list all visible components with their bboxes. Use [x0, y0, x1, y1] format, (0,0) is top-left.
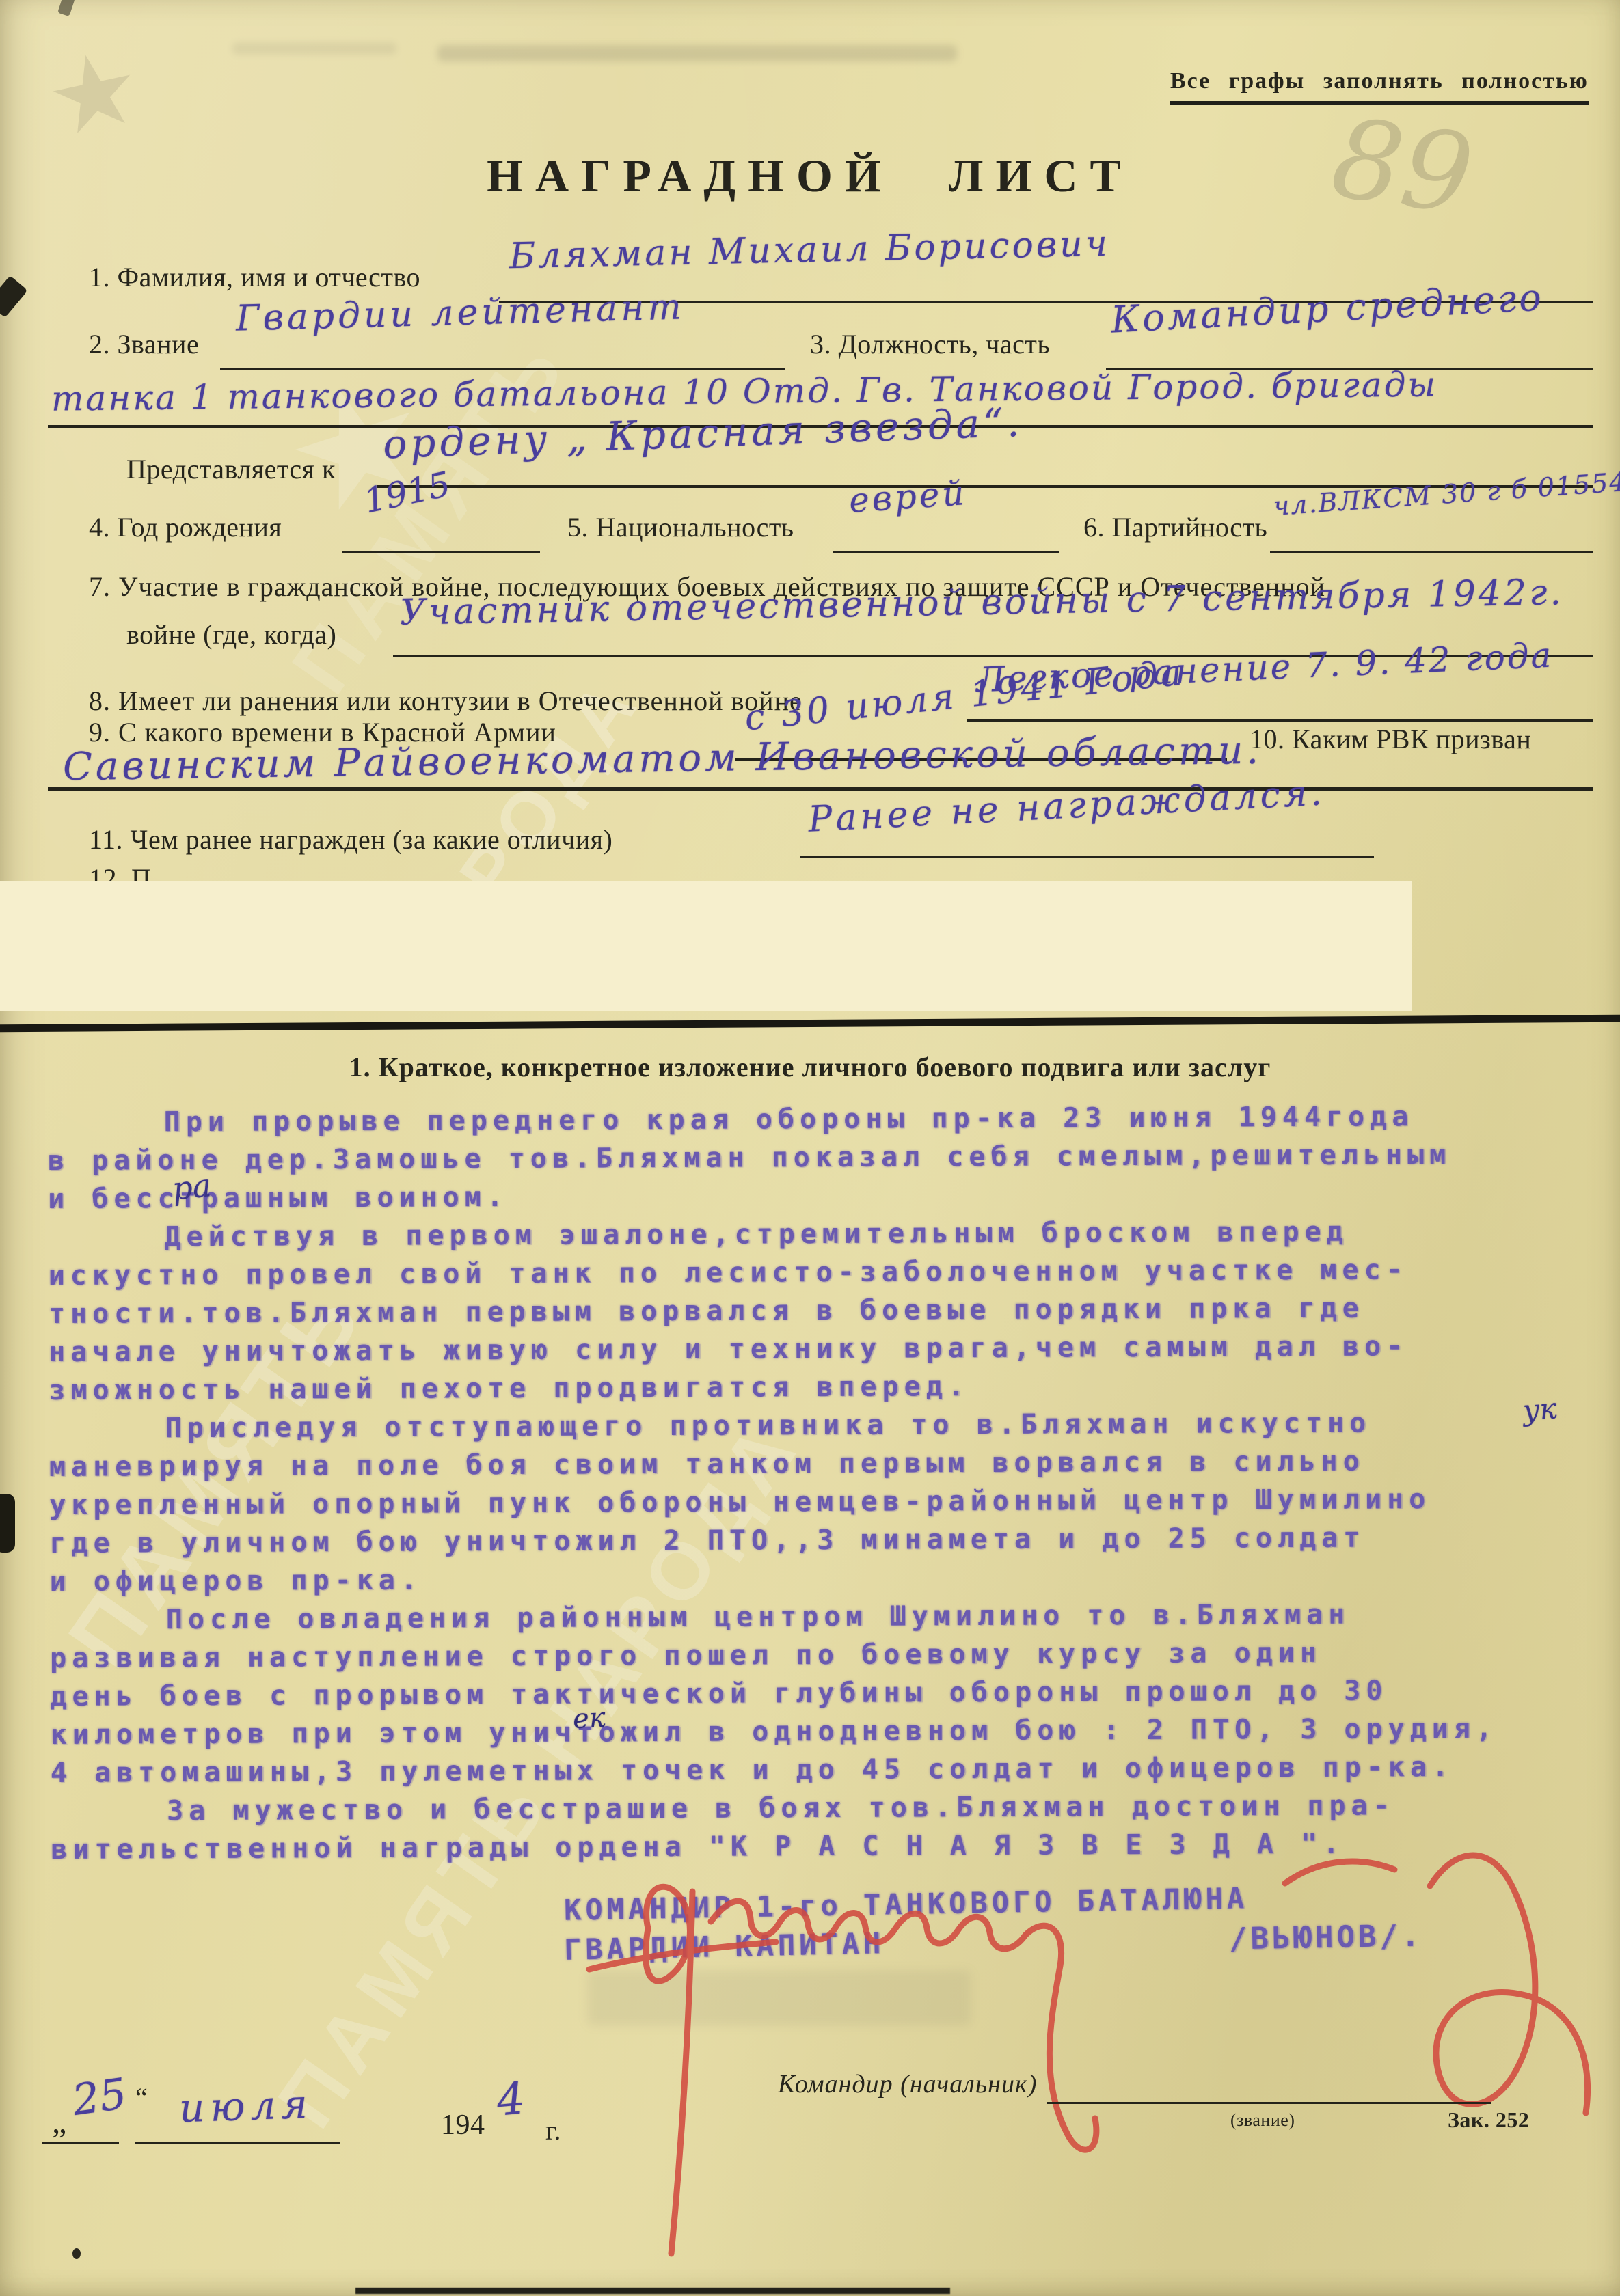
field-8-label: 8. Имеет ли ранения или контузии в Отече…: [89, 685, 802, 717]
feat-line: Приследуя отступающего противника то в.Б…: [49, 1403, 1605, 1448]
footer-signature-line: [1047, 2102, 1491, 2104]
field-2-underline: [220, 368, 785, 370]
field-4-underline: [342, 551, 540, 553]
edge-ink-mark: [0, 275, 28, 318]
redaction-box: [0, 881, 1412, 1011]
feat-line: После овладения районным центром Шумилин…: [50, 1594, 1606, 1639]
feat-line: и офицеров пр-ка.: [49, 1556, 1605, 1601]
hw-correction: ра: [170, 1166, 213, 1207]
present-label: Представляется к: [126, 453, 336, 485]
field-11-underline: [800, 856, 1374, 858]
field-6-value: чл.ВЛКСМ 30 г б 015546: [1272, 465, 1620, 521]
field-6-underline: [1270, 551, 1593, 553]
feat-line: За мужество и бесстрашие в боях тов.Блях…: [51, 1786, 1606, 1831]
page-title: НАГРАДНОЙ ЛИСТ: [0, 149, 1620, 203]
date-underline-1: [42, 2142, 119, 2144]
field-1-label: 1. Фамилия, имя и отчество: [89, 261, 420, 293]
field-12-clipped: 12. П: [89, 862, 704, 881]
feat-header: 1. Краткое, конкретное изложение личного…: [0, 1051, 1620, 1083]
feat-line: день боев с прорывом тактической глубины…: [50, 1671, 1606, 1716]
field-2-value: Гвардии лейтенант: [235, 286, 685, 339]
feat-line: вительственной награды ордена "К Р А С Н…: [51, 1824, 1606, 1869]
feat-line: и бесстрашным воином.: [48, 1173, 1604, 1218]
date-month: июля: [178, 2081, 314, 2132]
feat-line: в районе дер.Замошье тов.Бляхман показал…: [48, 1135, 1604, 1180]
field-10-label: 10. Каким РВК призван: [1250, 723, 1531, 755]
feat-line: начале уничтожать живую силу и технику в…: [49, 1326, 1604, 1371]
hw-correction: ек: [572, 1702, 606, 1735]
feat-line: зможность нашей пехоте продвигатся впере…: [49, 1365, 1604, 1410]
feat-line: укрепленный опорный пунк обороны немцев-…: [49, 1479, 1605, 1525]
field-8-underline: [967, 719, 1593, 722]
field-7-label-line2: войне (где, когда): [126, 618, 336, 651]
field-3-label: 3. Должность, часть: [810, 328, 1050, 360]
footer-commander-label: Командир (начальник): [778, 2069, 1037, 2099]
feat-line: маневрируя на поле боя своим танком перв…: [49, 1441, 1605, 1486]
ink-bleed-smudge: [232, 42, 396, 55]
date-day: 25: [69, 2068, 129, 2125]
bottom-scan-line: [355, 2288, 950, 2294]
field-3-value-line1: Командир среднего: [1110, 275, 1545, 341]
commander-line-1: КОМАНДИР 1-го ТАНКОВОГО БАТАЛЮНА: [564, 1881, 1249, 1926]
field-6-label: 6. Партийность: [1083, 511, 1267, 543]
footer-rank-caption: (звание): [1230, 2110, 1295, 2131]
date-year-hw: 4: [495, 2073, 527, 2126]
hw-correction: ук: [1522, 1391, 1558, 1427]
field-1-value: Бляхман Михаил Борисович: [509, 223, 1110, 277]
ink-dot: [72, 2248, 81, 2259]
edge-ink-mark: [57, 0, 75, 16]
date-year-suffix: г.: [545, 2114, 561, 2146]
feat-line: Действуя в первом эшалоне,стремительным …: [48, 1212, 1604, 1257]
field-9-value: с 30 июля 1941 Года: [743, 652, 1187, 739]
field-5-underline: [833, 551, 1059, 553]
feat-line: тности.тов.Бляхман первым ворвался в бое…: [49, 1288, 1604, 1333]
date-close-quote: “: [135, 2081, 148, 2114]
ink-bleed-smudge: [588, 1971, 971, 2025]
edge-ink-mark: [0, 1494, 15, 1553]
section-separator: [0, 1015, 1620, 1033]
field-12-partial-text: 12. П: [89, 862, 704, 881]
feat-typed-text: При прорыве переднего края обороны пр-ка…: [48, 1097, 1607, 1869]
field-4-label: 4. Год рождения: [89, 511, 282, 543]
feat-line: 4 автомашины,3 пулеметных точек и до 45 …: [51, 1747, 1606, 1792]
feat-line: развивая наступление строго пошел по бое…: [50, 1632, 1606, 1678]
field-5-value: еврей: [848, 473, 968, 521]
print-order-number: Зак. 252: [1448, 2107, 1529, 2133]
commander-name: /ВЬЮНОВ/.: [1229, 1919, 1423, 1957]
field-11-label: 11. Чем ранее награжден (за какие отличи…: [89, 823, 612, 856]
feat-line: где в уличном бою уничтожил 2 ПТО,,3 мин…: [49, 1518, 1605, 1563]
award-sheet-page: ПАМЯТЬ НАРОДА ПАМЯТЬ ПАМЯТЬ НАРОДА ★ ★ 8…: [0, 0, 1620, 2296]
feat-line: При прорыве переднего края обороны пр-ка…: [48, 1097, 1604, 1142]
field-10-underline: [48, 787, 1593, 791]
date-open-quote: „: [52, 2103, 67, 2141]
field-11-value: Ранее не награждался.: [807, 772, 1326, 840]
feat-line: искустно провел свой танк по лесисто-заб…: [49, 1250, 1604, 1295]
date-underline-2: [135, 2142, 340, 2144]
ink-bleed-smudge: [437, 45, 957, 61]
field-5-label: 5. Национальность: [567, 511, 794, 543]
feat-line: километров при этом уничтожил в одноднев…: [50, 1709, 1606, 1754]
star-stain: ★: [36, 26, 151, 161]
date-year-printed: 194: [441, 2109, 485, 2142]
fill-note: Все графы заполнять полностью: [1170, 68, 1589, 105]
commander-line-2: ГВАРДИИ КАПИТАН: [564, 1926, 885, 1967]
field-2-label: 2. Звание: [89, 328, 199, 360]
